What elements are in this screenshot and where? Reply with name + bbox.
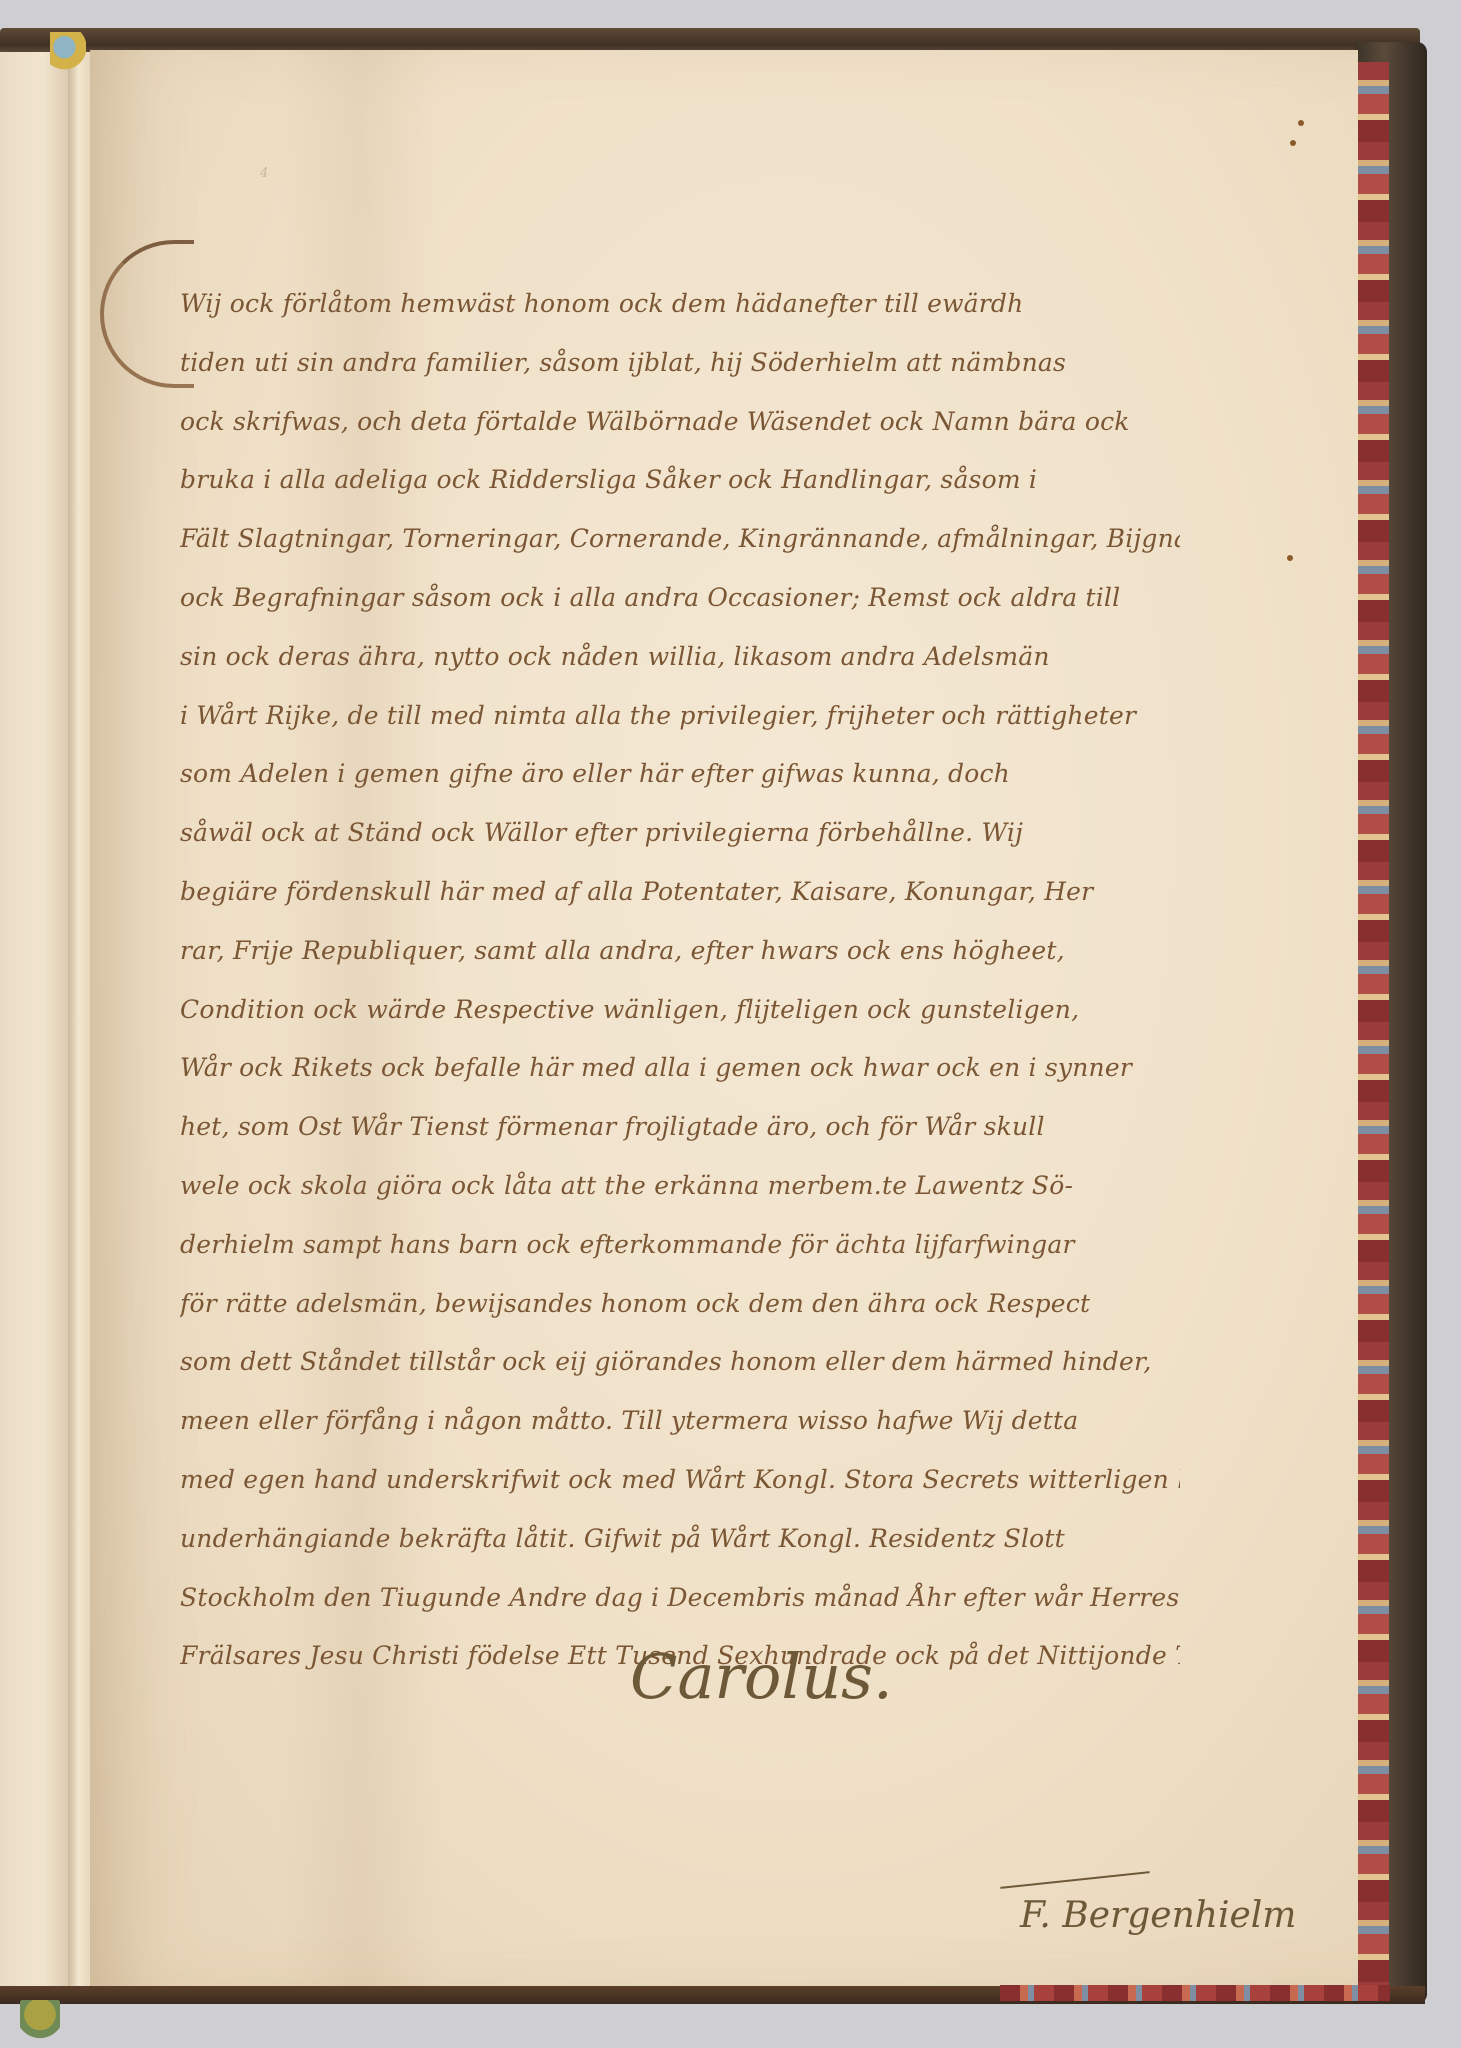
text-line: het, som Ost Wår Tienst förmenar frojlig… (180, 1098, 1180, 1157)
text-line: wele ock skola giöra ock låta att the er… (180, 1157, 1180, 1216)
headband-thread-icon (50, 32, 86, 70)
foxing-spot (1298, 120, 1304, 126)
text-line: Wij ock förlåtom hemwäst honom ock dem h… (180, 275, 1180, 334)
bookmark-thread-icon (20, 2000, 60, 2048)
countersignature: F. Bergenhielm (1020, 1895, 1296, 1936)
foxing-spot (1290, 140, 1296, 146)
text-line: sin ock deras ähra, nytto ock nåden will… (180, 628, 1180, 687)
text-line: i Wårt Rijke, de till med nimta alla the… (180, 687, 1180, 746)
text-line: tiden uti sin andra familier, såsom ijbl… (180, 334, 1180, 393)
book-spread: 4 Wij ock förlåtom hemwäst honom ock dem… (0, 0, 1461, 2048)
countersignature-text: F. Bergenhielm (1020, 1895, 1296, 1936)
text-line: ock Begrafningar såsom ock i alla andra … (180, 569, 1180, 628)
text-line: begiäre fördenskull här med af alla Pote… (180, 863, 1180, 922)
manuscript-body: Wij ock förlåtom hemwäst honom ock dem h… (180, 275, 1180, 1686)
text-line: ock skrifwas, och deta förtalde Wälbörna… (180, 393, 1180, 452)
text-line: meen eller förfång i någon måtto. Till y… (180, 1392, 1180, 1451)
text-line: Wår ock Rikets ock befalle här med alla … (180, 1039, 1180, 1098)
text-line: rar, Frije Republiquer, samt alla andra,… (180, 922, 1180, 981)
text-line: som Adelen i gemen gifne äro eller här e… (180, 745, 1180, 804)
folio-mark: 4 (260, 166, 268, 181)
text-line: Stockholm den Tiugunde Andre dag i Decem… (180, 1569, 1180, 1628)
text-line: för rätte adelsmän, bewijsandes honom oc… (180, 1275, 1180, 1334)
foxing-spot (1287, 555, 1293, 561)
left-facing-page (0, 52, 72, 1992)
text-line: Condition ock wärde Respective wänligen,… (180, 981, 1180, 1040)
text-line: som dett Ståndet tillstår ock eij giöran… (180, 1333, 1180, 1392)
marbled-endpaper-edge (1355, 62, 1389, 1997)
text-line: Fält Slagtningar, Torneringar, Cornerand… (180, 510, 1180, 569)
text-line: derhielm sampt hans barn ock efterkomman… (180, 1216, 1180, 1275)
text-line: såwäl ock at Ständ ock Wällor efter priv… (180, 804, 1180, 863)
royal-signature: Carolus. (630, 1640, 893, 1713)
text-line: underhängiande bekräfta låtit. Gifwit på… (180, 1510, 1180, 1569)
marbled-edge-bottom (1000, 1985, 1390, 2001)
text-line: bruka i alla adeliga ock Riddersliga Såk… (180, 451, 1180, 510)
text-line: med egen hand underskrifwit ock med Wårt… (180, 1451, 1180, 1510)
